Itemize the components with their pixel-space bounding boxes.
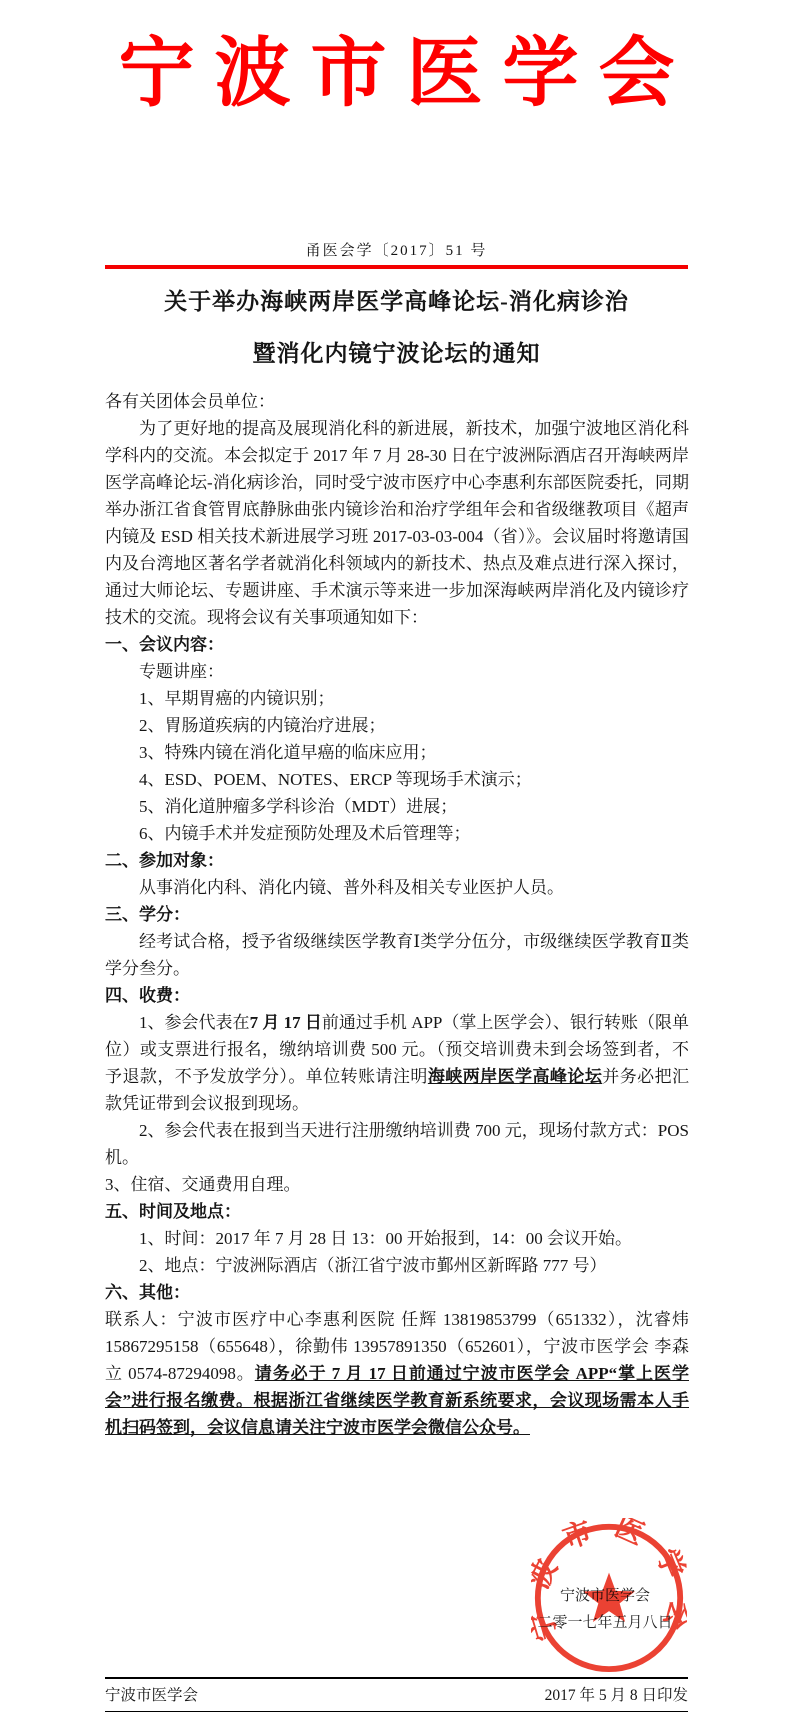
paragraph: 2、参会代表在报到当天进行注册缴纳培训费 700 元，现场付款方式：POS 机。 xyxy=(105,1117,689,1171)
footer-issuer: 宁波市医学会 xyxy=(105,1683,198,1709)
star-icon xyxy=(583,1573,635,1622)
red-divider-rule xyxy=(105,265,688,269)
paragraph: 1、早期胃癌的内镜识别； xyxy=(105,685,689,712)
section-heading: 一、会议内容： xyxy=(105,631,689,658)
paragraph: 经考试合格，授予省级继续医学教育Ⅰ类学分伍分，市级继续医学教育Ⅱ类学分叁分。 xyxy=(105,928,689,982)
footer-rule-top xyxy=(105,1677,688,1679)
section-heading: 五、时间及地点： xyxy=(105,1198,689,1225)
document-body: 各有关团体会员单位：为了更好地的提高及展现消化科的新进展，新技术，加强宁波地区消… xyxy=(105,388,689,1441)
paragraph: 2、胃肠道疾病的内镜治疗进展； xyxy=(105,712,689,739)
footer-print-date: 2017 年 5 月 8 日印发 xyxy=(545,1683,688,1709)
paragraph: 6、内镜手术并发症预防处理及术后管理等； xyxy=(105,820,689,847)
paragraph: 3、特殊内镜在消化道早癌的临床应用； xyxy=(105,739,689,766)
paragraph: 1、参会代表在7 月 17 日前通过手机 APP（掌上医学会）、银行转账（限单位… xyxy=(105,1009,689,1117)
section-heading: 二、参加对象： xyxy=(105,847,689,874)
section-heading: 四、收费： xyxy=(105,982,689,1009)
document-number: 甬医会学〔2017〕51 号 xyxy=(0,239,793,260)
footer-rule-bottom xyxy=(105,1711,688,1712)
organization-masthead: 宁波市医学会 xyxy=(0,12,793,121)
section-heading: 三、学分： xyxy=(105,901,689,928)
paragraph: 从事消化内科、消化内镜、普外科及相关专业医护人员。 xyxy=(105,874,689,901)
paragraph: 1、时间：2017 年 7 月 28 日 13：00 开始报到，14：00 会议… xyxy=(105,1225,689,1252)
paragraph: 3、住宿、交通费用自理。 xyxy=(105,1171,689,1198)
section-heading: 六、其他： xyxy=(105,1279,689,1306)
document-page: 宁波市医学会 甬医会学〔2017〕51 号 关于举办海峡两岸医学高峰论坛-消化病… xyxy=(0,0,793,1729)
footer-row: 宁波市医学会 2017 年 5 月 8 日印发 xyxy=(105,1683,688,1709)
paragraph: 5、消化道肿瘤多学科诊治（MDT）进展； xyxy=(105,793,689,820)
paragraph: 专题讲座： xyxy=(105,658,689,685)
document-title-line1: 关于举办海峡两岸医学高峰论坛-消化病诊治 xyxy=(0,283,793,316)
paragraph: 为了更好地的提高及展现消化科的新进展，新技术，加强宁波地区消化科学科内的交流。本… xyxy=(105,415,689,631)
official-seal: 宁波市医学会 xyxy=(531,1518,687,1674)
paragraph: 各有关团体会员单位： xyxy=(105,388,689,415)
document-title-line2: 暨消化内镜宁波论坛的通知 xyxy=(0,335,793,368)
paragraph: 联系人：宁波市医疗中心李惠利医院 任辉 13819853799（651332），… xyxy=(105,1306,689,1441)
paragraph: 4、ESD、POEM、NOTES、ERCP 等现场手术演示； xyxy=(105,766,689,793)
paragraph: 2、地点：宁波洲际酒店（浙江省宁波市鄞州区新晖路 777 号） xyxy=(105,1252,689,1279)
